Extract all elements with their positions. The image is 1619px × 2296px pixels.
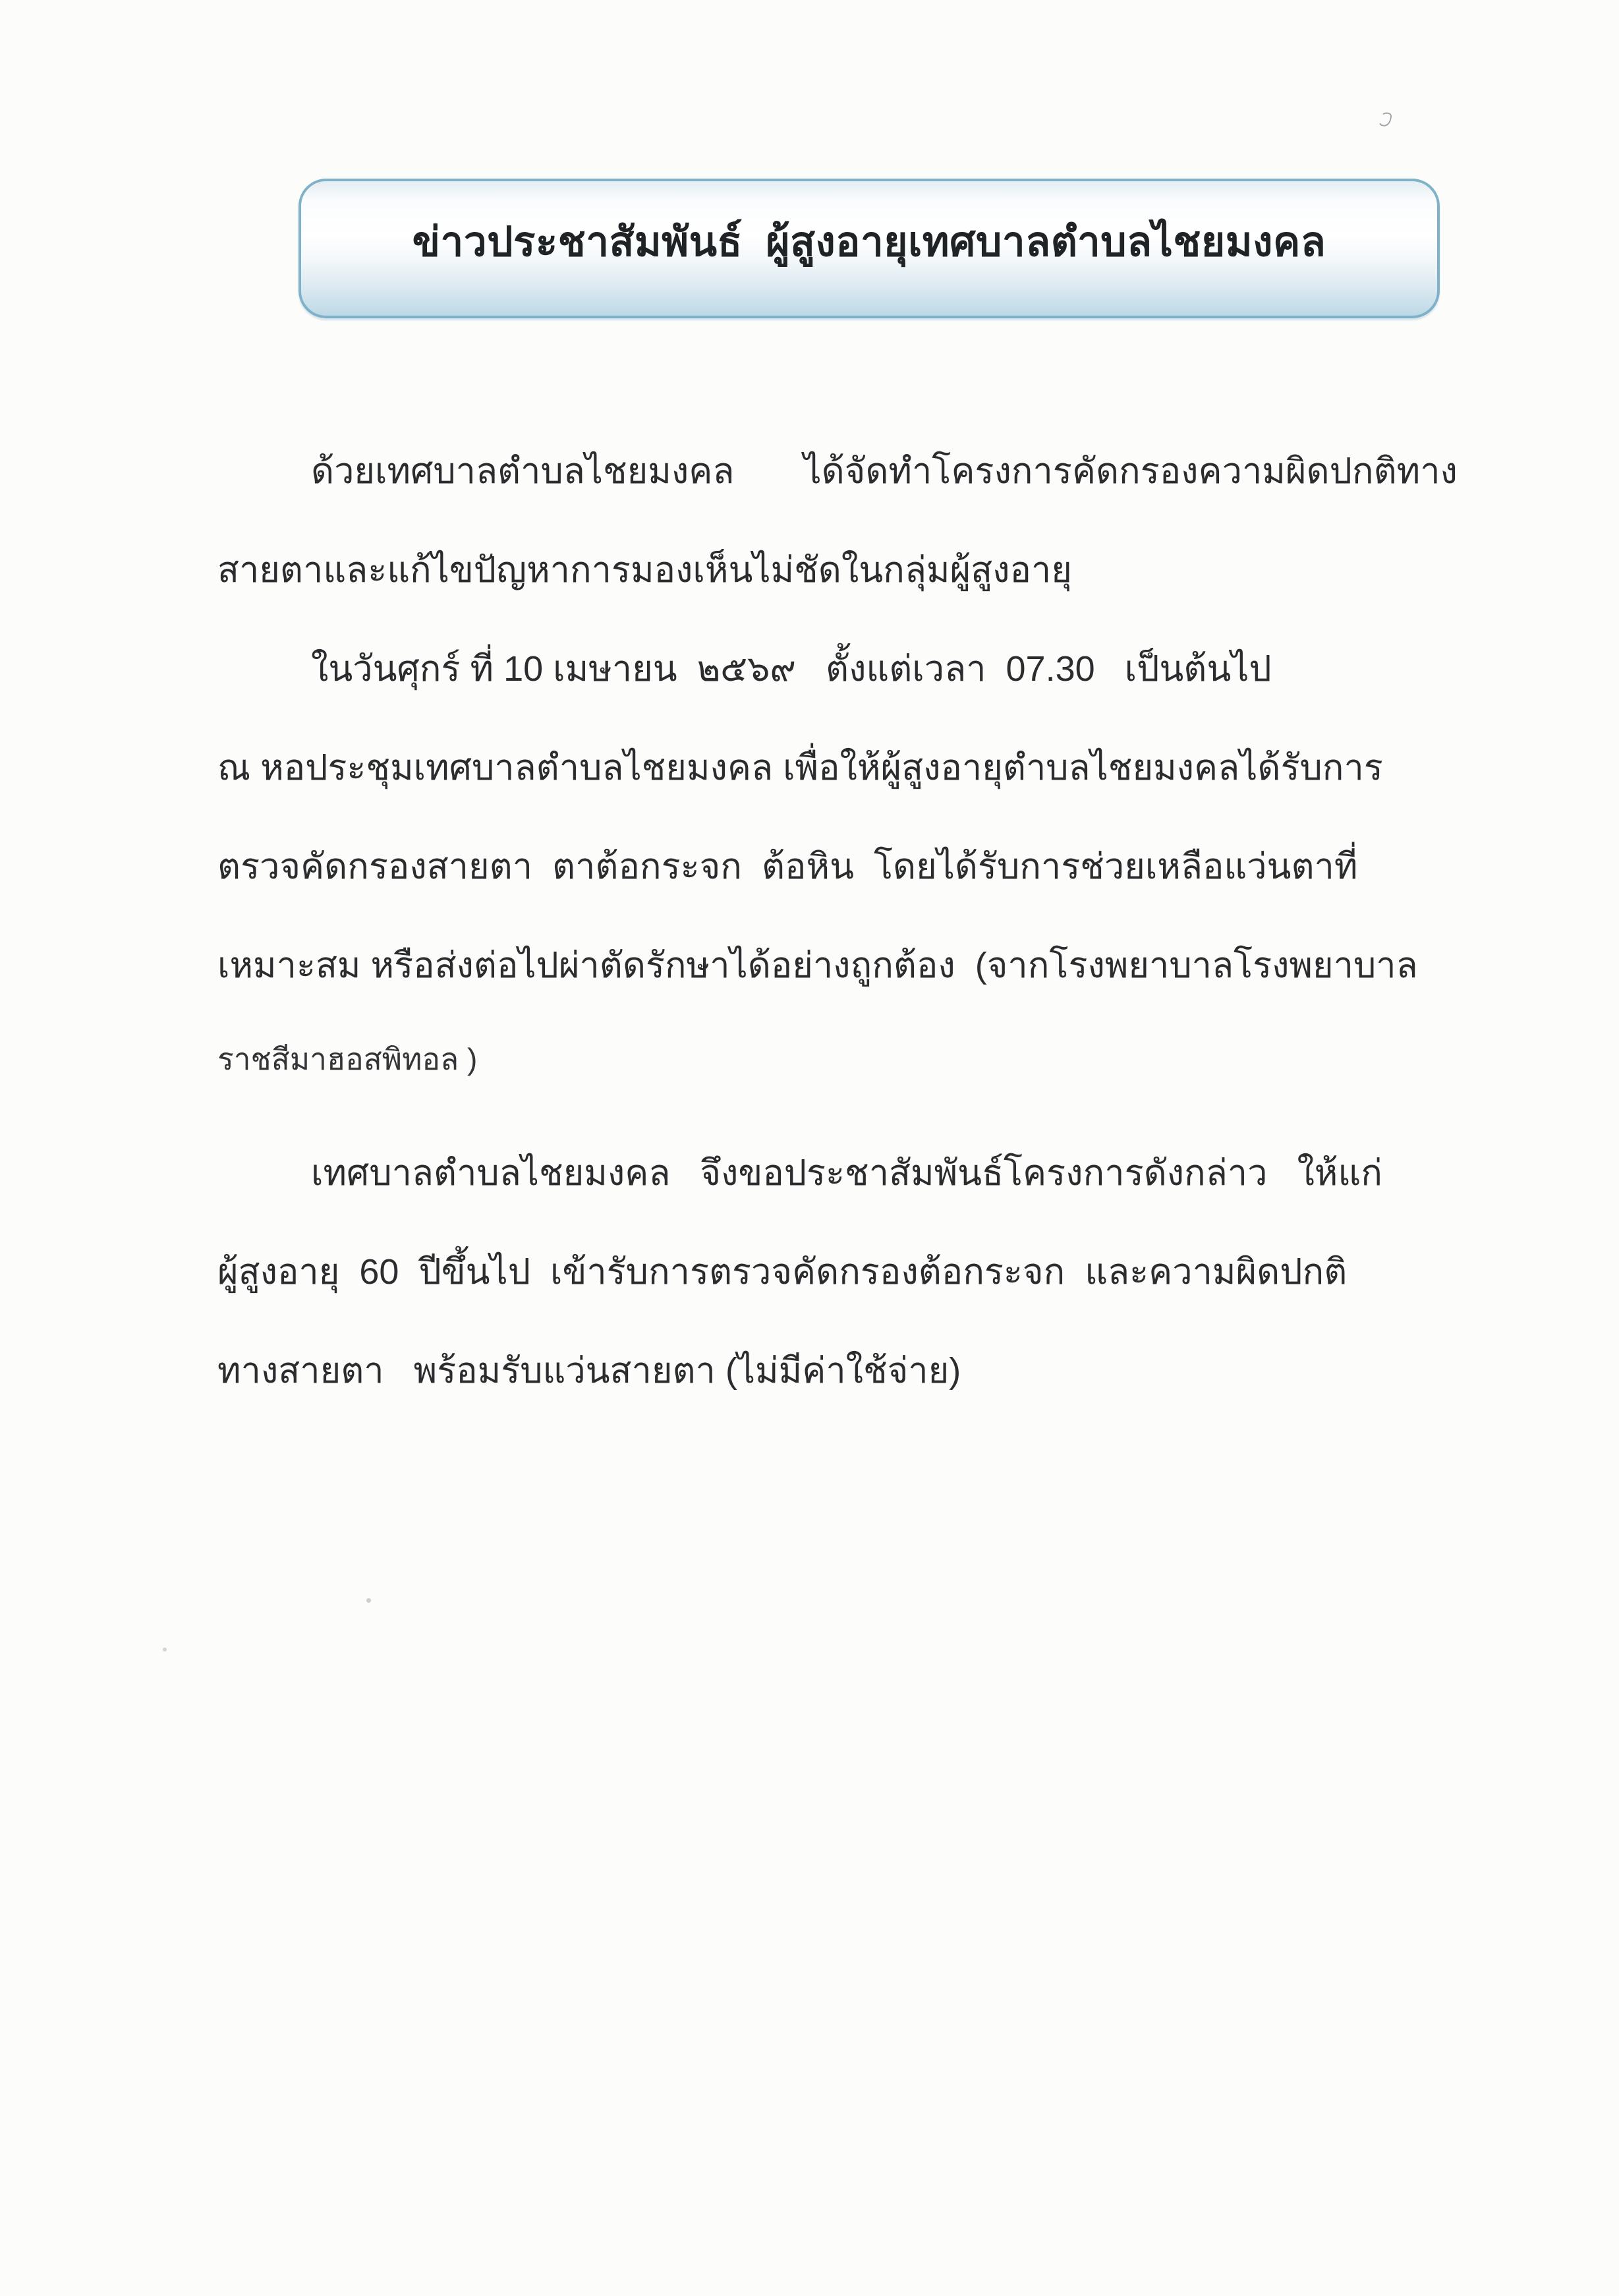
announcement-body: ด้วยเทศบาลตำบลไชยมงคล ได้จัดทำโครงการคัด… (217, 422, 1575, 1420)
announcement-title: ข่าวประชาสัมพันธ์ ผู้สูงอายุเทศบาลตำบลไช… (412, 210, 1326, 274)
paragraph-intro: ด้วยเทศบาลตำบลไชยมงคล ได้จัดทำโครงการคัด… (217, 422, 1575, 619)
text-line: ตรวจคัดกรองสายตา ตาต้อกระจก ต้อหิน โดยได… (217, 817, 1575, 916)
text-line: ณ หอประชุมเทศบาลตำบลไชยมงคล เพื่อให้ผู้ส… (217, 718, 1575, 817)
text-line: เหมาะสม หรือส่งต่อไปผ่าตัดรักษาได้อย่างถ… (217, 916, 1575, 1015)
text-line: ทางสายตา พร้อมรับแว่นสายตา (ไม่มีค่าใช้จ… (217, 1321, 1575, 1420)
scanned-document-page: ข่าวประชาสัมพันธ์ ผู้สูงอายุเทศบาลตำบลไช… (0, 0, 1619, 2296)
announcement-header-banner: ข่าวประชาสัมพันธ์ ผู้สูงอายุเทศบาลตำบลไช… (298, 179, 1440, 318)
scan-artifact-speck (366, 1598, 371, 1603)
paragraph-invitation: เทศบาลตำบลไชยมงคล จึงขอประชาสัมพันธ์โครง… (217, 1124, 1575, 1420)
text-line: ราชสีมาฮอสพิทอล ) (217, 1015, 1575, 1104)
scan-artifact-speck (163, 1648, 167, 1651)
text-line: ด้วยเทศบาลตำบลไชยมงคล ได้จัดทำโครงการคัด… (217, 422, 1575, 521)
text-line: ในวันศุกร์ ที่ 10 เมษายน ๒๕๖๙ ตั้งแต่เวล… (217, 619, 1575, 718)
paragraph-event-details: ในวันศุกร์ ที่ 10 เมษายน ๒๕๖๙ ตั้งแต่เวล… (217, 619, 1575, 1104)
scan-artifact-speck (1378, 111, 1393, 128)
text-line: สายตาและแก้ไขปัญหาการมองเห็นไม่ชัดในกลุ่… (217, 521, 1575, 619)
text-line: เทศบาลตำบลไชยมงคล จึงขอประชาสัมพันธ์โครง… (217, 1124, 1575, 1222)
text-line: ผู้สูงอายุ 60 ปีขึ้นไป เข้ารับการตรวจคัด… (217, 1222, 1575, 1321)
